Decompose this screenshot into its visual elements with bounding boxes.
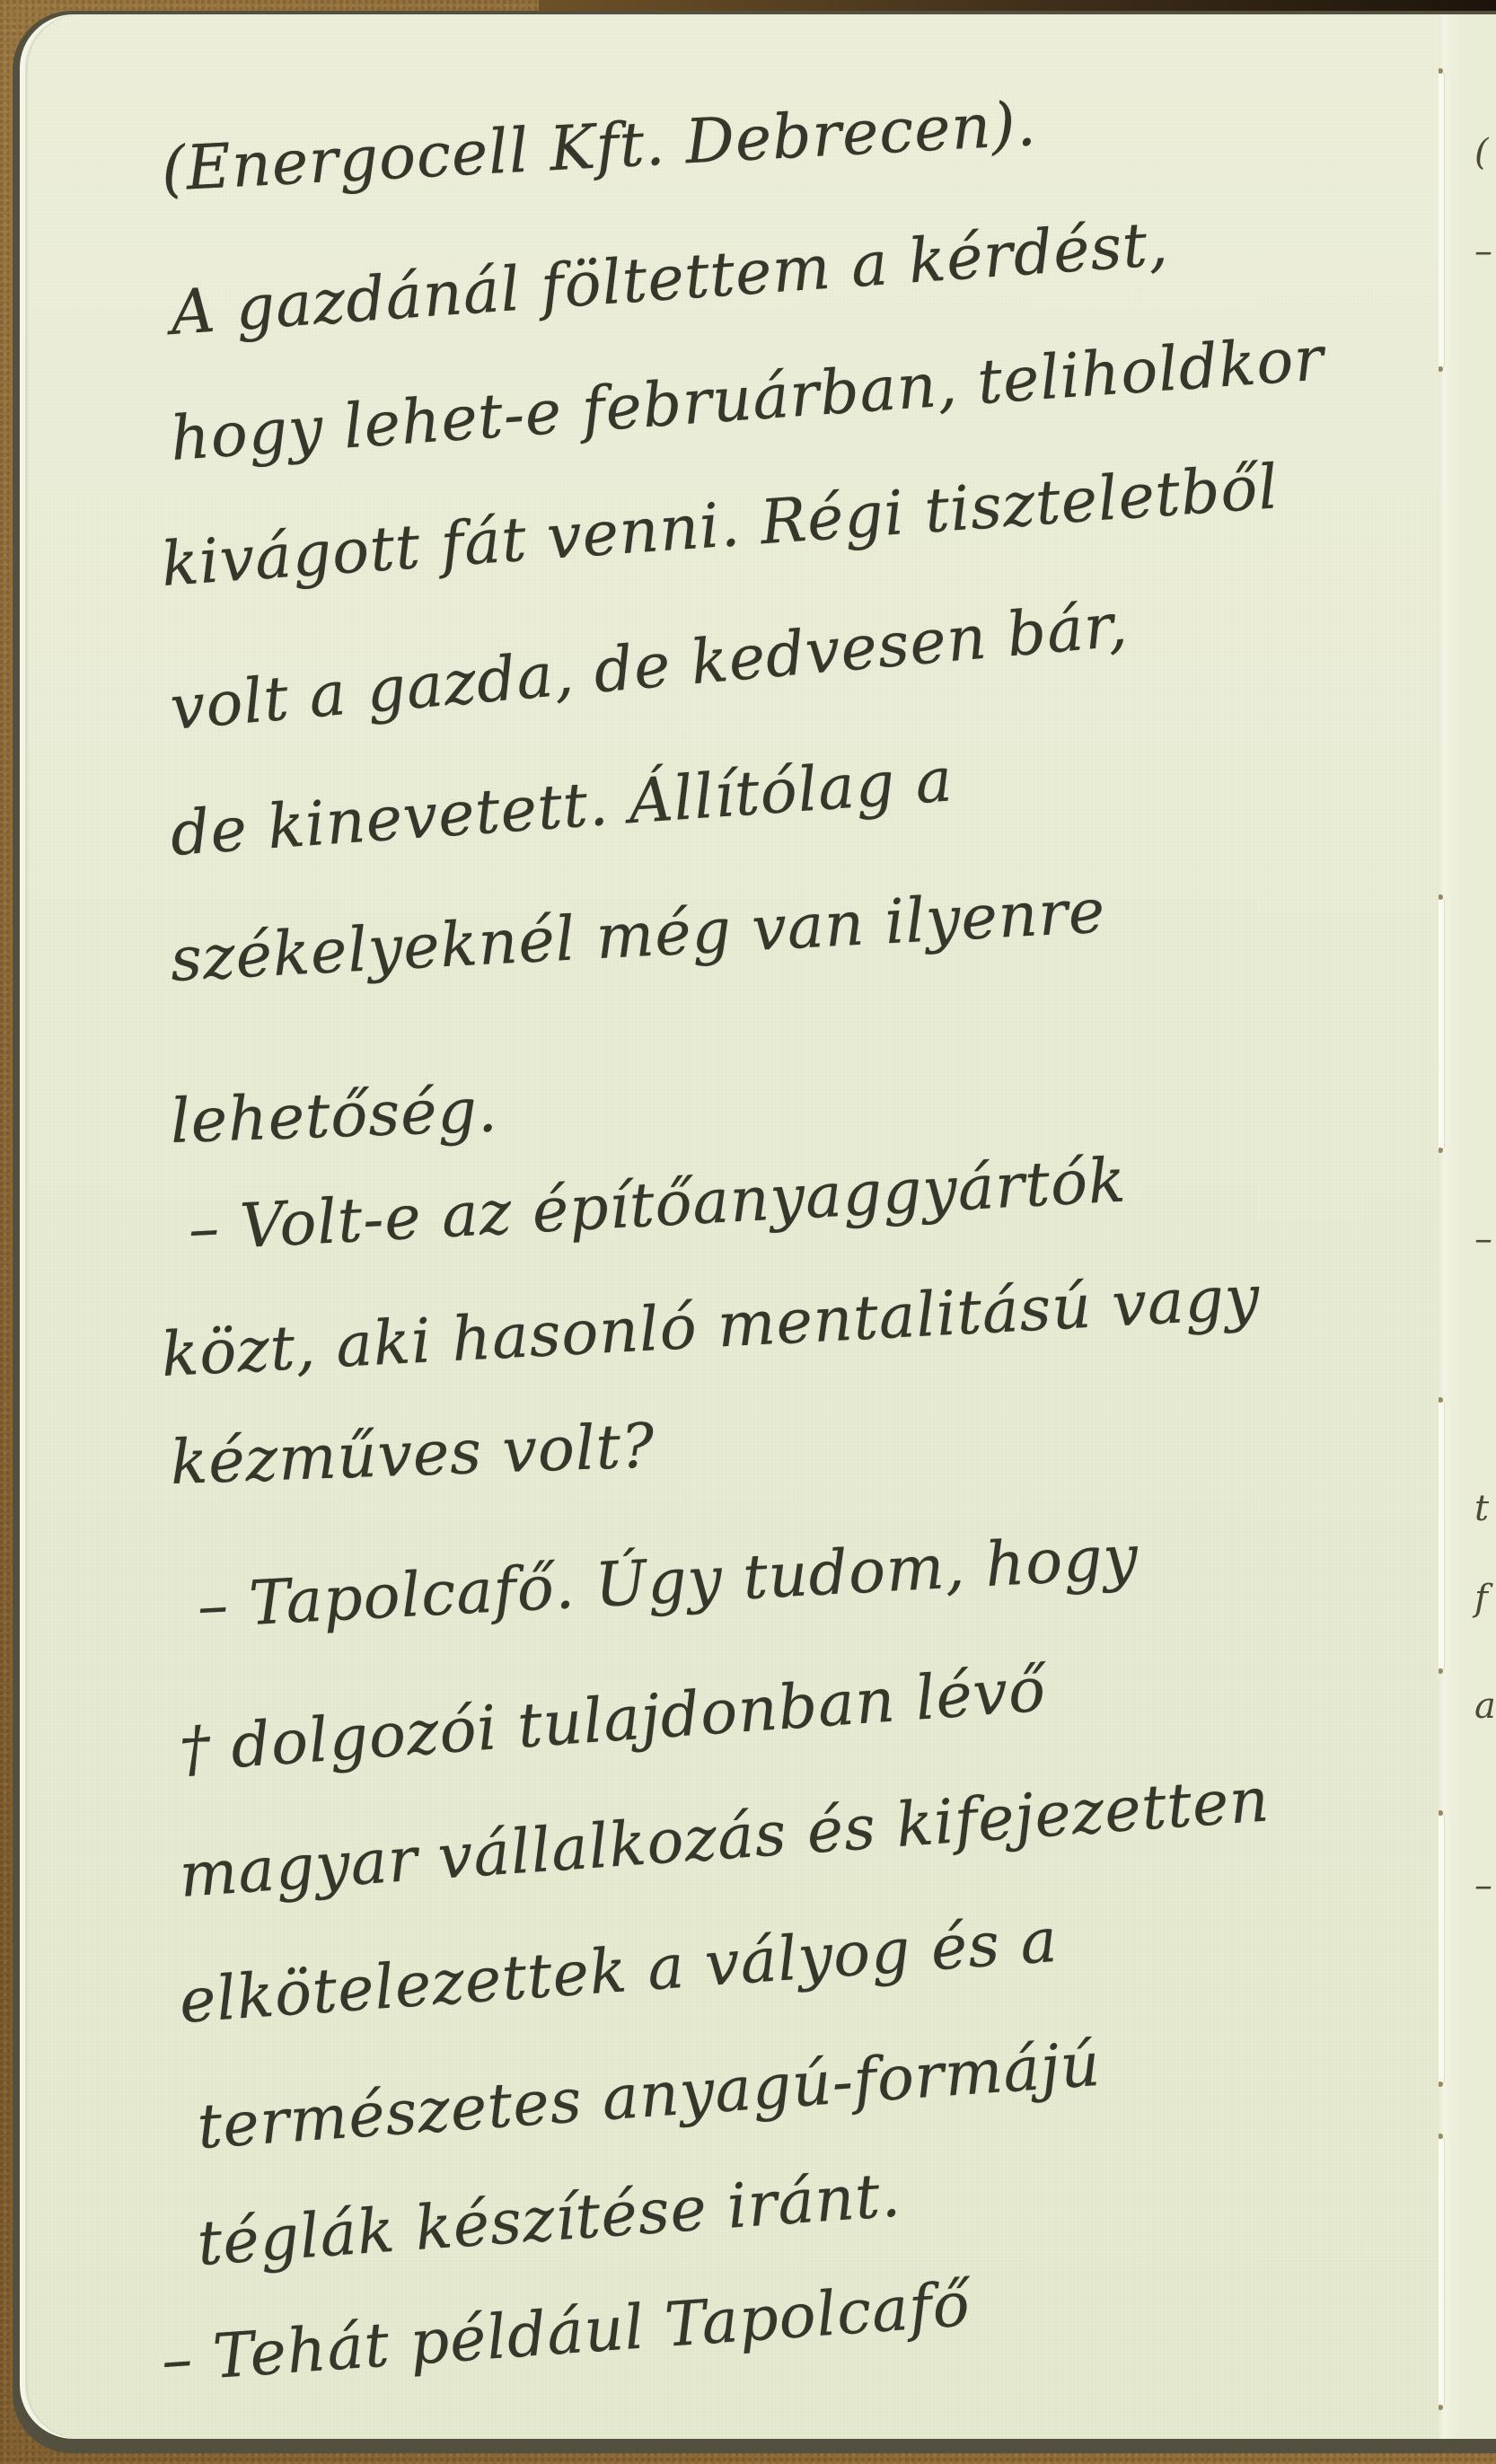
edge-mark: f — [1474, 1580, 1488, 1616]
edge-mark: a — [1474, 1688, 1496, 1724]
edge-mark: – — [1474, 1868, 1492, 1904]
edge-mark: – — [1474, 1221, 1492, 1257]
edge-mark: ( — [1474, 135, 1489, 171]
edge-mark: t — [1474, 1491, 1489, 1527]
handwritten-line: lehetőség. — [170, 1075, 499, 1157]
next-page-edge: ( – – t f a – — [1473, 0, 1496, 2464]
edge-mark: – — [1474, 233, 1492, 269]
